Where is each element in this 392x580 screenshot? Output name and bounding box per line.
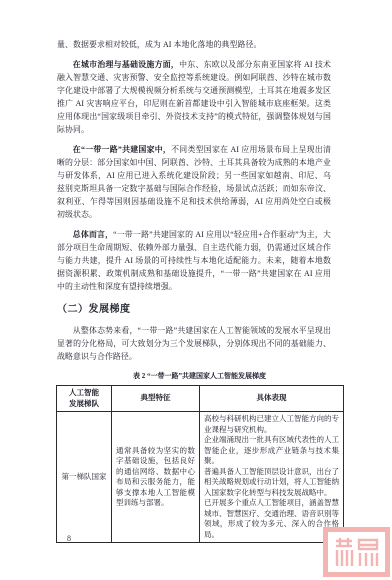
paragraph-city-governance: 在城市治理与基础设施方面，中东、东欧以及部分东南亚国家将 AI 技术融入智慧交通…: [57, 58, 331, 136]
paragraph-summary: 总体而言，“一带一路”共建国家的 AI 应用以“轻应用+合作驱动”为主，大部分项…: [57, 228, 331, 293]
cell-tier-name: 第一梯队国家: [57, 412, 112, 543]
ai-development-tier-table: 人工智能 发展梯队 典型特征 具体表现 第一梯队国家 通常具备较为坚实的数字基础…: [56, 385, 344, 543]
paragraph-section-intro: 从整体态势来看，“一带一路”共建国家在人工智能领域的发展水平呈现出显著的分化格局…: [57, 324, 331, 363]
table-caption: 表 2 “一带一路”共建国家人工智能发展梯度: [56, 371, 343, 381]
paragraph-lead: 在城市治理与基础设施方面，: [73, 60, 179, 69]
paragraph-lead: 总体而言，: [73, 230, 113, 239]
column-header-tier: 人工智能 发展梯队: [57, 386, 112, 412]
section-heading-development-gradient: （二）发展梯度: [57, 300, 331, 315]
cell-concrete-manifestations: 高校与科研机构已建立人工智能方向的专业课程与研究机构。 企业端涌现出一批具有区域…: [200, 412, 344, 543]
paragraph-text: “一带一路”共建国家的 AI 应用以“轻应用+合作驱动”为主，大部分项目生命周期…: [57, 230, 331, 291]
column-header-features: 典型特征: [112, 386, 200, 412]
paragraph-text: 中东、东欧以及部分东南亚国家将 AI 技术融入智慧交通、灾害预警、安全监控等系统…: [57, 60, 331, 134]
paragraph-country-layering: 在“一带一路”共建国家中，不同类型国家在 AI 应用场景布局上呈现出清晰的分层：…: [57, 143, 331, 221]
seal-glyphs-icon: [333, 537, 380, 567]
paragraph-text: 不同类型国家在 AI 应用场景布局上呈现出清晰的分层：部分国家如中国、阿联酋、沙…: [57, 145, 331, 219]
paragraph-lead: 在“一带一路”共建国家中，: [73, 145, 171, 154]
table-row: 第一梯队国家 通常具备较为坚实的数字基础设施，包括良好的通信网络、数据中心布局和…: [57, 412, 344, 543]
table-header-row: 人工智能 发展梯队 典型特征 具体表现: [57, 386, 344, 412]
page-number: 8: [67, 534, 71, 543]
detail-item: 普遍具备人工智能顶层设计意识，出台了相关战略规划或行动计划，将人工智能纳入国家数…: [204, 467, 339, 499]
document-page: 量、数据要求相对较低，成为 AI 本地化落地的典型路径。 在城市治理与基础设施方…: [0, 0, 392, 580]
detail-item: 企业端涌现出一批具有区域代表性的人工智能企业，逐步形成产业链条与技术集聚。: [204, 435, 339, 467]
cell-typical-features: 通常具备较为坚实的数字基础设施，包括良好的通信网络、数据中心布局和云服务能力，能…: [112, 412, 200, 543]
detail-item: 已开展多个重点人工智能项目，涵盖智慧城市、智慧医疗、交通治理、语音识别等领域，形…: [204, 498, 339, 540]
page-content: 量、数据要求相对较低，成为 AI 本地化落地的典型路径。 在城市治理与基础设施方…: [57, 38, 331, 543]
detail-item: 高校与科研机构已建立人工智能方向的专业课程与研究机构。: [204, 414, 339, 435]
paragraph-continuation: 量、数据要求相对较低，成为 AI 本地化落地的典型路径。: [57, 38, 331, 51]
seal-stamp: [323, 527, 390, 577]
column-header-details: 具体表现: [200, 386, 344, 412]
paragraph-text: 量、数据要求相对较低，成为 AI 本地化落地的典型路径。: [57, 40, 261, 49]
